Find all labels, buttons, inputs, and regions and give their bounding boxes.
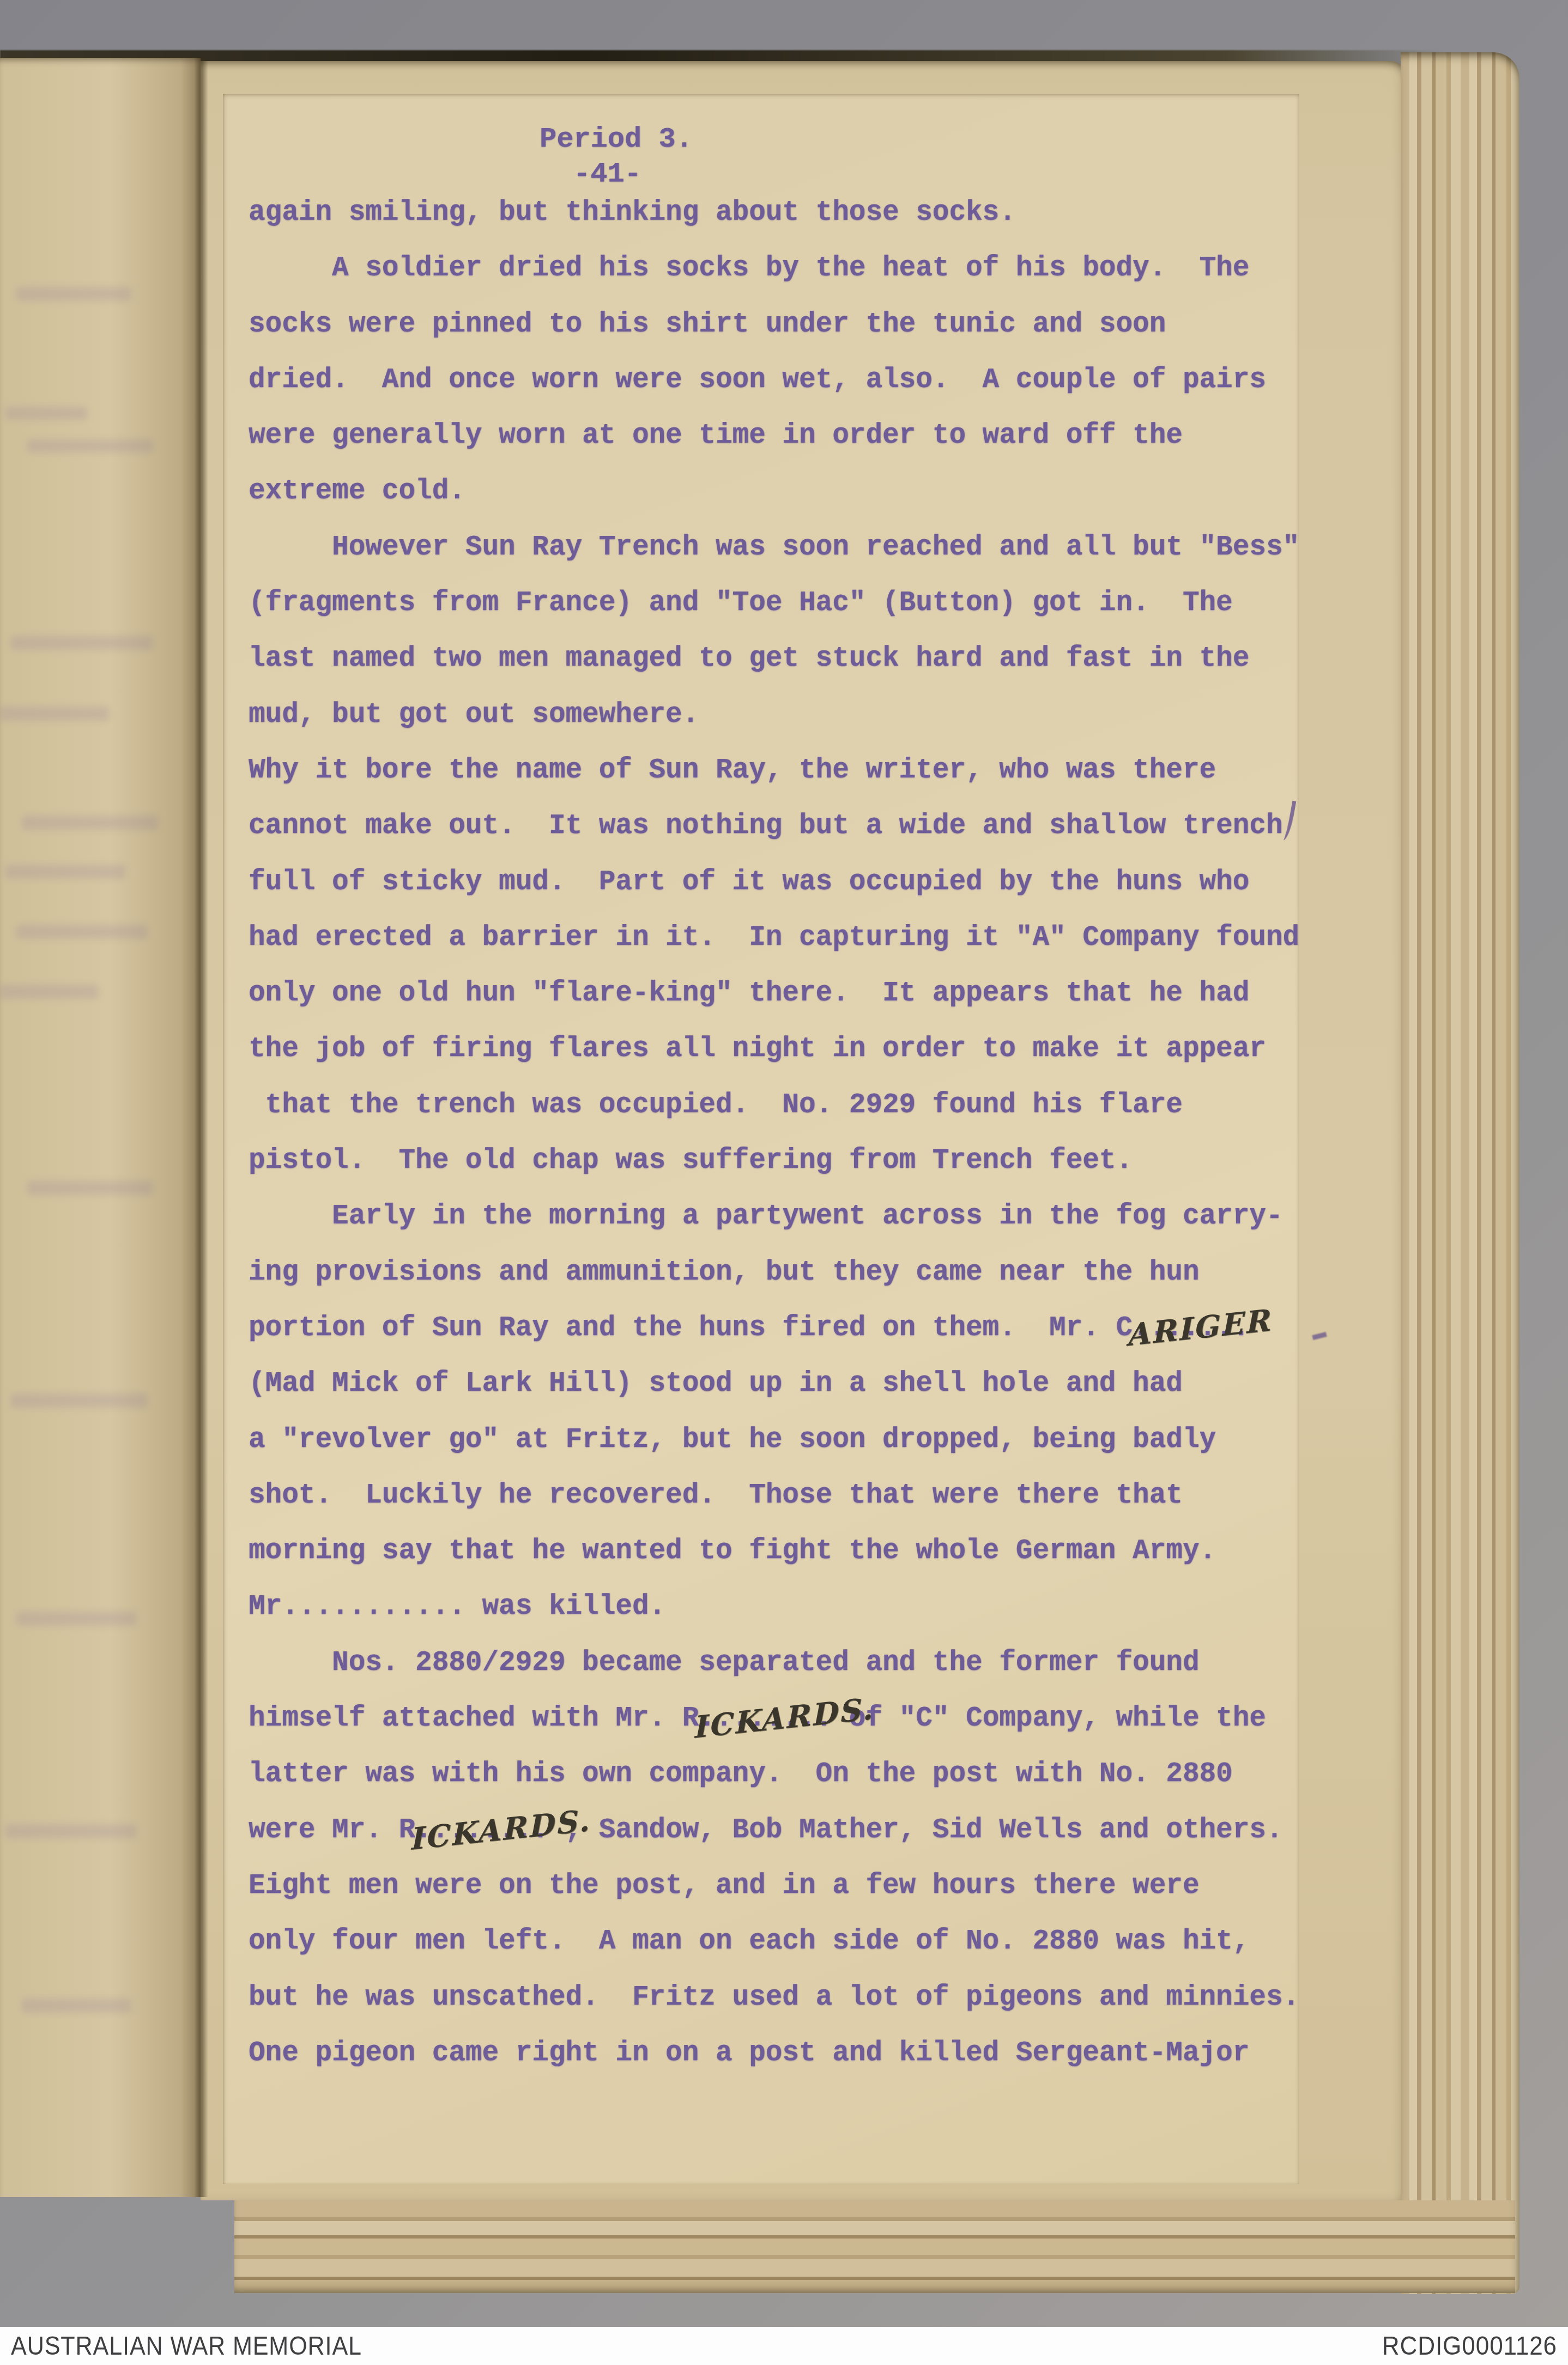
bleed-through-mark <box>16 287 131 301</box>
typed-line: a "revolver go" at Fritz, but he soon dr… <box>249 1413 1299 1468</box>
typed-text: One pigeon came right in on a post and k… <box>249 2038 1249 2069</box>
typed-line: only one old hun "flare-king" there. It … <box>249 966 1299 1022</box>
bleed-through-mark <box>11 1393 147 1408</box>
typed-line: Eight men were on the post, and in a few… <box>249 1859 1299 1914</box>
typed-text: extreme cold. <box>249 476 465 507</box>
typed-text: dried. And once worn were soon wet, also… <box>249 365 1266 396</box>
bleed-through-mark <box>11 636 153 650</box>
typed-line: mud, but got out somewhere. <box>249 687 1299 743</box>
typed-text: ing provisions and ammunition, but they … <box>249 1257 1199 1288</box>
typed-text: (Mad Mick of Lark Hill) stood up in a sh… <box>249 1368 1183 1399</box>
typed-text: latter was with his own company. On the … <box>249 1759 1233 1790</box>
typed-line: shot. Luckily he recovered. Those that w… <box>249 1468 1299 1524</box>
bleed-through-mark <box>5 865 125 879</box>
typed-line: socks were pinned to his shirt under the… <box>249 297 1299 353</box>
typed-text: last named two men managed to get stuck … <box>249 643 1249 674</box>
typed-text: morning say that he wanted to fight the … <box>249 1536 1216 1567</box>
archive-name: AUSTRALIAN WAR MEMORIAL <box>11 2331 362 2361</box>
typed-text: were Mr. R <box>249 1815 415 1846</box>
page-edges-right-stack <box>1401 52 1519 2294</box>
footer-bar: AUSTRALIAN WAR MEMORIAL RCDIG0001126 <box>0 2327 1568 2365</box>
book-gutter-shadow <box>194 58 208 2197</box>
typed-text: portion of Sun Ray and the huns fired on… <box>249 1313 1133 1344</box>
typed-line: but he was unscathed. Fritz used a lot o… <box>249 1970 1299 2026</box>
typed-line: that the trench was occupied. No. 2929 f… <box>249 1078 1299 1133</box>
bleed-through-mark <box>27 439 153 453</box>
typed-line: However Sun Ray Trench was soon reached … <box>249 520 1299 576</box>
typed-text: A soldier dried his socks by the heat of… <box>249 253 1249 284</box>
typed-line: pistol. The old chap was suffering from … <box>249 1133 1299 1189</box>
bleed-through-mark <box>16 925 147 939</box>
typed-text: (fragments from France) and "Toe Hac" (B… <box>249 588 1233 619</box>
typed-line: last named two men managed to get stuck … <box>249 631 1299 687</box>
typed-text: were generally worn at one time in order… <box>249 420 1183 451</box>
typed-text: Eight men were on the post, and in a few… <box>249 1871 1199 1902</box>
typed-line: portion of Sun Ray and the huns fired on… <box>249 1301 1299 1356</box>
record-id: RCDIG0001126 <box>1382 2331 1557 2361</box>
typed-text: Early in the morning a partywent across … <box>249 1201 1283 1232</box>
typed-text: that the trench was occupied. No. 2929 f… <box>249 1090 1183 1121</box>
handwritten-name-annotation: ICKARDS. <box>411 1805 591 1854</box>
typed-text: mud, but got out somewhere. <box>249 699 699 731</box>
typed-line: morning say that he wanted to fight the … <box>249 1524 1299 1579</box>
typed-text: cannot make out. It was nothing but a wi… <box>249 811 1283 842</box>
typed-text: the job of firing flares all night in or… <box>249 1034 1266 1065</box>
typed-line: (Mad Mick of Lark Hill) stood up in a sh… <box>249 1356 1299 1412</box>
bleed-through-mark <box>5 1824 136 1838</box>
typed-line: ing provisions and ammunition, but they … <box>249 1245 1299 1301</box>
typed-text: Mr........... was killed. <box>249 1591 665 1622</box>
bleed-through-mark <box>0 707 109 721</box>
typed-line: only four men left. A man on each side o… <box>249 1914 1299 1970</box>
typed-line: Nos. 2880/2929 became separated and the … <box>249 1636 1299 1691</box>
typed-line: himself attached with Mr. R........ICKAR… <box>249 1691 1299 1747</box>
bleed-through-mark <box>5 407 87 420</box>
typed-text: but he was unscathed. Fritz used a lot o… <box>249 1982 1299 2013</box>
typed-text: shot. Luckily he recovered. Those that w… <box>249 1480 1183 1511</box>
typed-text: full of sticky mud. Part of it was occup… <box>249 867 1249 898</box>
page-heading: Period 3. <box>540 123 693 155</box>
typed-line: were Mr. R........ICKARDS. , Sandow, Bob… <box>249 1803 1299 1859</box>
typed-line: latter was with his own company. On the … <box>249 1747 1299 1802</box>
typed-text: only one old hun "flare-king" there. It … <box>249 978 1249 1009</box>
typed-dots-with-annotation: ........ICKARDS. <box>415 1803 549 1859</box>
typed-text: pistol. The old chap was suffering from … <box>249 1145 1133 1177</box>
typed-line: Why it bore the name of Sun Ray, the wri… <box>249 743 1299 799</box>
bleed-through-mark <box>22 816 158 830</box>
typed-text: However Sun Ray Trench was soon reached … <box>249 532 1299 563</box>
bleed-through-mark <box>27 1181 153 1195</box>
bleed-through-mark <box>0 985 98 999</box>
typed-line: Early in the morning a partywent across … <box>249 1189 1299 1245</box>
typed-line: were generally worn at one time in order… <box>249 408 1299 464</box>
typed-dots-with-annotation: .......ARIGER <box>1133 1301 1249 1356</box>
typed-text: of "C" Company, while the <box>832 1703 1266 1734</box>
handwritten-name-annotation: ICKARDS. <box>695 1693 875 1742</box>
page-edges-bottom-stack <box>234 2200 1515 2293</box>
typed-line: One pigeon came right in on a post and k… <box>249 2026 1299 2082</box>
typed-line: extreme cold. <box>249 464 1299 520</box>
typed-dots-with-annotation: ........ICKARDS. <box>699 1691 832 1747</box>
typed-text: had erected a barrier in it. In capturin… <box>249 922 1299 954</box>
previous-page-sliver <box>0 58 201 2197</box>
typed-line: the job of firing flares all night in or… <box>249 1022 1299 1077</box>
typed-line: dried. And once worn were soon wet, also… <box>249 353 1299 408</box>
typed-text: , Sandow, Bob Mather, Sid Wells and othe… <box>549 1815 1283 1846</box>
typed-text: only four men left. A man on each side o… <box>249 1926 1249 1957</box>
typed-text: himself attached with Mr. R <box>249 1703 699 1734</box>
typed-text: socks were pinned to his shirt under the… <box>249 309 1166 340</box>
typed-line: again smiling, but thinking about those … <box>249 185 1299 241</box>
typed-line: A soldier dried his socks by the heat of… <box>249 241 1299 297</box>
typed-text-block: again smiling, but thinking about those … <box>249 185 1299 2082</box>
handwritten-name-annotation: ARIGER <box>1129 1305 1273 1350</box>
typed-line: had erected a barrier in it. In capturin… <box>249 910 1299 966</box>
bleed-through-mark <box>16 1612 136 1626</box>
typed-text: Nos. 2880/2929 became separated and the … <box>249 1648 1199 1679</box>
typed-text: Why it bore the name of Sun Ray, the wri… <box>249 755 1216 786</box>
typed-text: a "revolver go" at Fritz, but he soon dr… <box>249 1425 1216 1456</box>
typed-line: full of sticky mud. Part of it was occup… <box>249 855 1299 910</box>
typed-line: (fragments from France) and "Toe Hac" (B… <box>249 576 1299 631</box>
typed-line: Mr........... was killed. <box>249 1579 1299 1635</box>
typed-text: again smiling, but thinking about those … <box>249 197 1016 228</box>
bleed-through-mark <box>22 1999 131 2013</box>
typed-line: cannot make out. It was nothing but a wi… <box>249 799 1299 854</box>
